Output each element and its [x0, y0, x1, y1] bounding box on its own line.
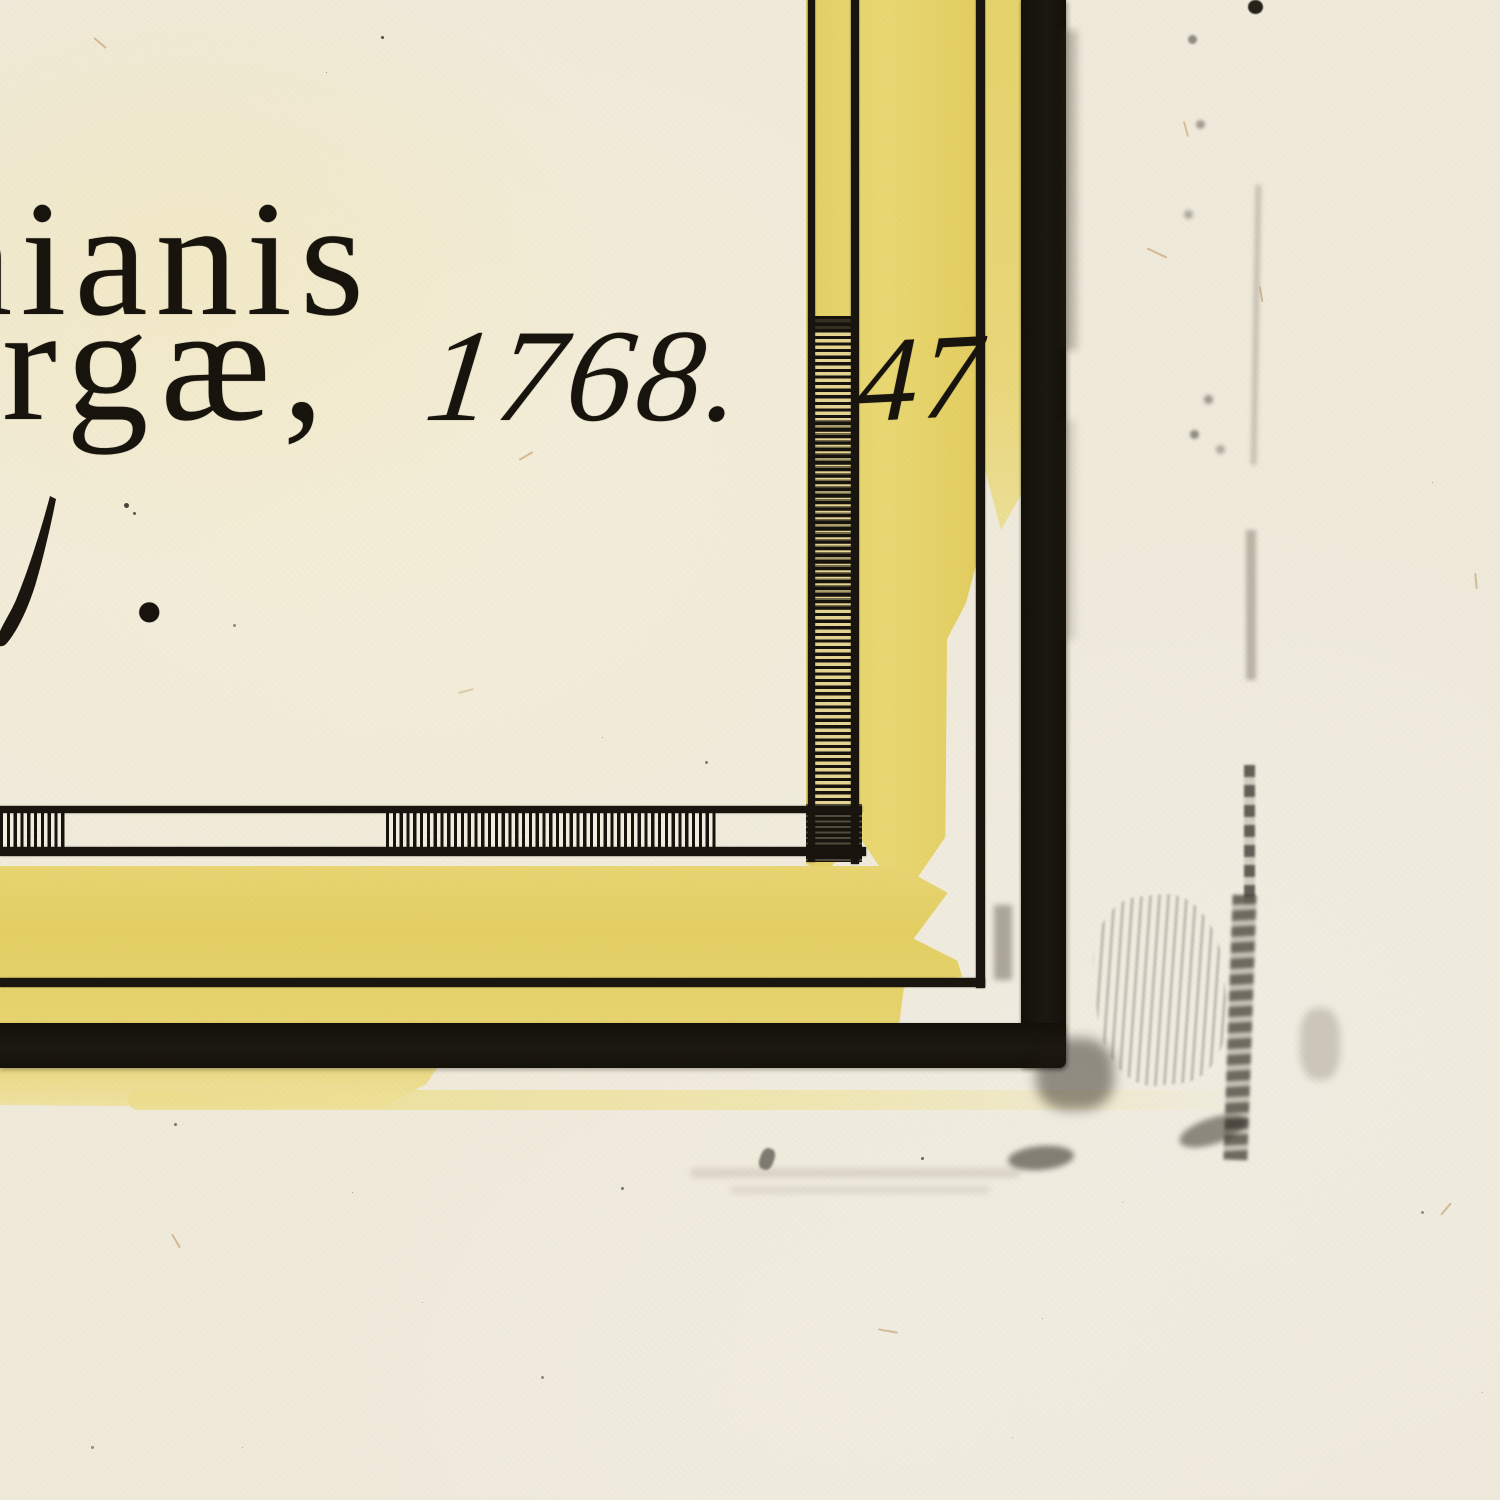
- ink-smudge-speck-trail: [1188, 35, 1197, 44]
- scale-border-line-vertical-inner: [808, 0, 815, 862]
- inner-frame-line-vertical: [976, 0, 985, 988]
- ink-smudge-dash-bottom: [757, 1146, 778, 1171]
- paper-fibre: [878, 1328, 898, 1333]
- ink-smudge-tail-blob: [1007, 1143, 1075, 1173]
- latitude-tick-label: 47: [856, 314, 988, 441]
- ink-smudge-patch-right: [1300, 1008, 1340, 1080]
- handcolor-overrun-streak-right: [128, 1090, 1268, 1110]
- imprint-text-line2: rgæ,: [2, 281, 336, 446]
- handcolor-wash-vertical-outer: [984, 0, 1022, 530]
- ink-smudge-hatch-patch: [1085, 889, 1234, 1092]
- graduated-scale-bottom-hatching-2: [386, 813, 716, 847]
- ink-smudge-inside-corner: [994, 905, 1012, 980]
- handcolor-wash-bottom-band: [0, 866, 972, 1024]
- paper-fibre: [1474, 573, 1477, 589]
- scale-border-line-bottom-inner: [0, 806, 862, 813]
- scanned-map-sheet: nianis rgæ, 1768. . 47: [0, 0, 1500, 1500]
- paper-specks: [124, 503, 129, 508]
- imprint-line3-period: .: [128, 478, 171, 648]
- ink-smudge-segment-mid: [1246, 530, 1256, 680]
- paper-fibre: [1440, 1202, 1452, 1216]
- graduated-scale-vertical-dense: [815, 420, 851, 610]
- inner-frame-line-bottom: [0, 978, 985, 987]
- neatline-thick-bottom: [0, 1023, 1066, 1068]
- script-letter-fragment: [0, 496, 74, 656]
- paper-fibre: [1183, 121, 1189, 137]
- ink-smudge-ghost-line: [1251, 185, 1262, 465]
- scale-border-line-bottom-outer: [0, 847, 866, 856]
- paper-fibre: [171, 1234, 181, 1249]
- paper-fibre: [1147, 247, 1168, 258]
- ink-smudge-faint-streak-1: [690, 1168, 1020, 1178]
- ink-smudge-dot-top: [1248, 0, 1263, 14]
- imprint-year-1768: 1768.: [420, 310, 753, 442]
- graduated-scale-vertical-cap: [815, 316, 851, 332]
- ink-smudge-column-large: [1223, 895, 1256, 1161]
- ink-smudge-faint-streak-2: [730, 1186, 990, 1194]
- paper-fibre: [1259, 286, 1264, 302]
- ink-smudge-segment-lower: [1244, 765, 1255, 905]
- ink-smudge-hook: [1176, 1108, 1251, 1154]
- neatline-thick-vertical: [1021, 0, 1066, 1068]
- graduated-scale-bottom-hatching-1: [0, 813, 66, 847]
